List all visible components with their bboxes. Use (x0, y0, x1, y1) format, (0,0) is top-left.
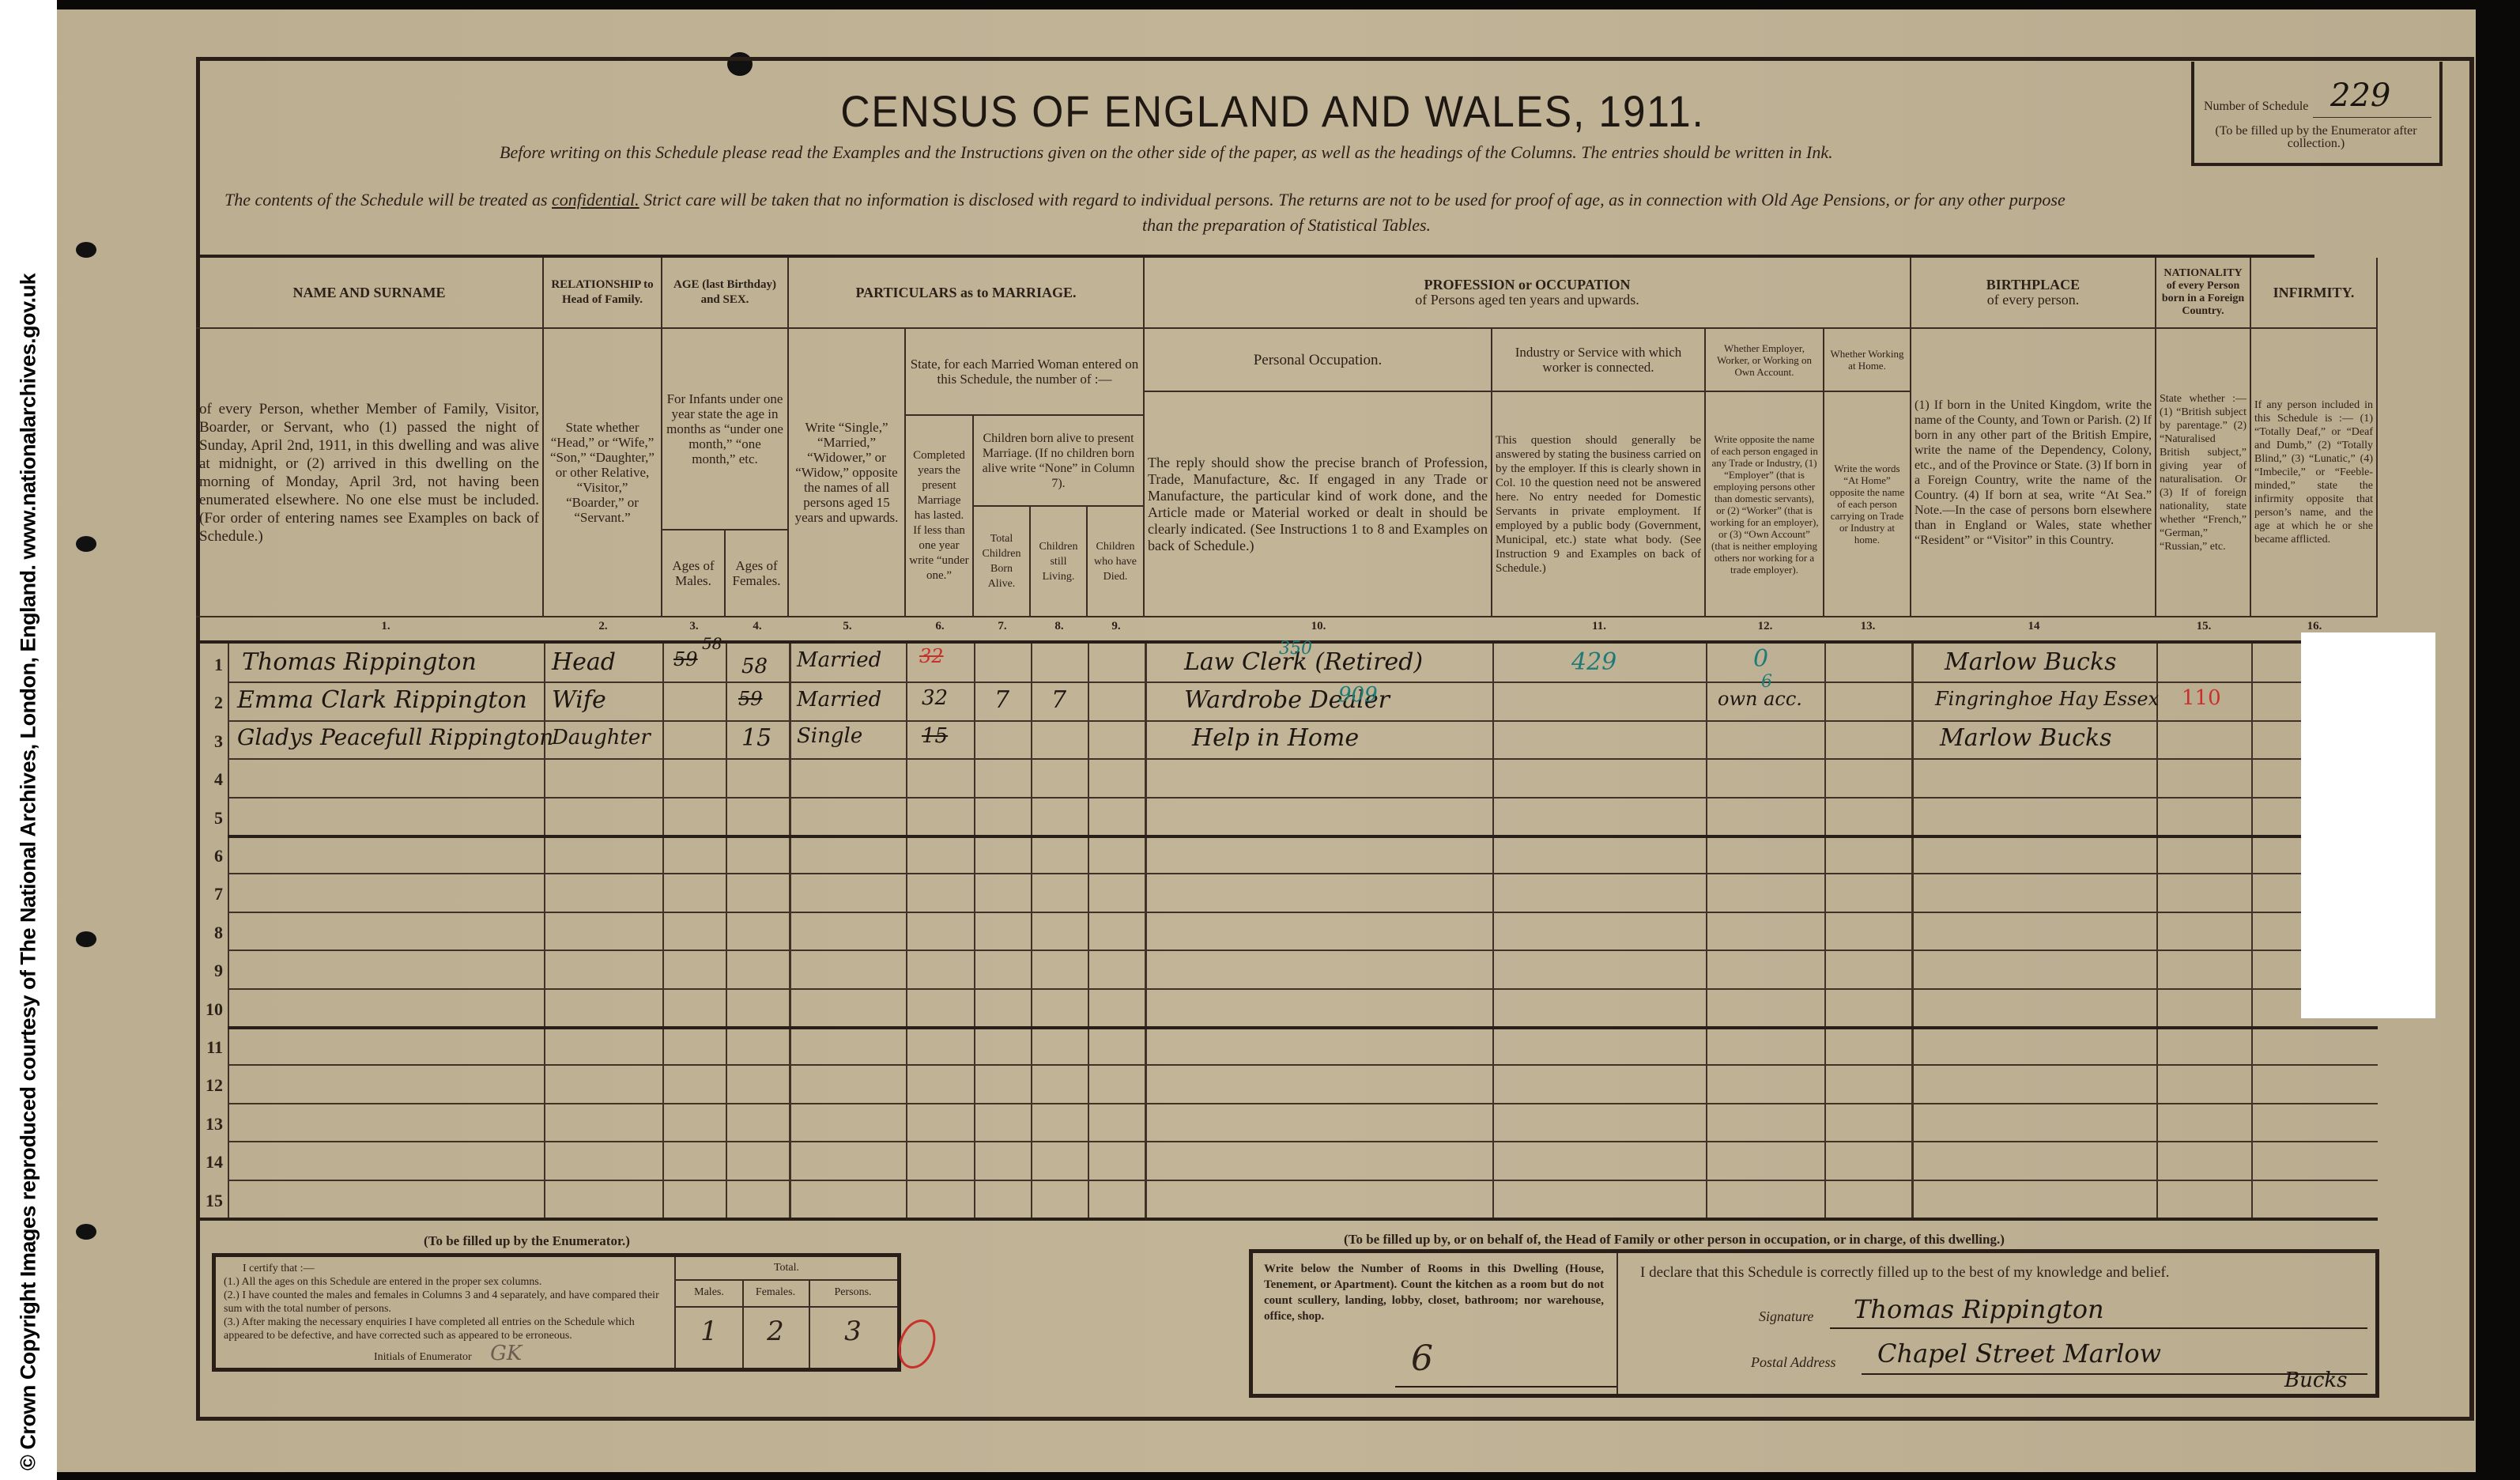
header-home: Whether Working at Home. (1824, 329, 1911, 392)
colnum-7: 7. (974, 620, 1031, 639)
colnum-15: 15. (2156, 620, 2251, 639)
col-divider (1088, 644, 1089, 1218)
colnum-12: 12. (1706, 620, 1824, 639)
row-number: 8 (199, 923, 223, 943)
col-divider (726, 644, 727, 1218)
row-number: 10 (199, 999, 223, 1020)
row2-employer-code: 6 (1761, 672, 1772, 692)
punch-hole (76, 242, 96, 258)
persons-label: Persons. (809, 1279, 897, 1308)
schedule-number-label: Number of Schedule (2204, 100, 2308, 114)
row-number: 14 (199, 1152, 223, 1172)
header-age: AGE (last Birthday) and SEX. (662, 258, 789, 329)
desc-children: Children born alive to present Marriage.… (974, 416, 1145, 507)
row3-occupation: Help in Home (1192, 724, 1359, 752)
desc-nationality: State whether :— (1) “British subject by… (2156, 329, 2251, 617)
confidential-line: The contents of the Schedule will be tre… (224, 190, 2065, 210)
persons-value: 3 (809, 1308, 897, 1347)
col-divider (974, 644, 975, 1218)
row-line (228, 1064, 2378, 1066)
row-number: 5 (199, 808, 223, 829)
row3-relationship: Daughter (552, 726, 651, 749)
desc-condition: Write “Single,” “Married,” “Widower,” or… (789, 329, 906, 617)
colnum-10: 10. (1145, 620, 1492, 639)
row1-occupation-code: 350 (1279, 639, 1312, 659)
punch-hole (76, 931, 96, 947)
birthplace-subtitle: of every person. (1915, 293, 2152, 308)
row3-name: Gladys Peacefull Rippington (237, 724, 553, 750)
punch-hole (76, 536, 96, 552)
table-body: 1 2 3 4 5 6 7 8 9 10 11 12 13 14 15 Thom… (196, 640, 2378, 1221)
desc-birthplace: (1) If born in the United Kingdom, write… (1911, 329, 2156, 617)
total-males: Males. 1 (676, 1279, 744, 1368)
desc-employer: Write opposite the name of each person e… (1706, 392, 1824, 617)
row-number: 4 (199, 769, 223, 790)
address-label: Postal Address (1751, 1354, 1836, 1371)
row-line (228, 912, 2378, 913)
header-industry: Industry or Service with which worker is… (1492, 329, 1706, 392)
row1-name: Thomas Rippington (242, 648, 477, 676)
household-box: Write below the Number of Rooms in this … (1249, 1249, 2379, 1398)
confidential-word: confidential. (552, 190, 639, 210)
row2-birthplace: Fingringhoe Hay Essex (1935, 688, 2159, 710)
rooms-value: 6 (1411, 1338, 1433, 1379)
initials-value: GK (490, 1342, 522, 1365)
birthplace-title: BIRTHPLACE (1915, 277, 2152, 293)
schedule-number-line (2313, 117, 2431, 118)
desc-age-females: Ages of Females. (726, 530, 789, 617)
col-divider (1492, 644, 1494, 1218)
initials-row: Initials of Enumerator GK (224, 1347, 666, 1364)
rooms-instruction: Write below the Number of Rooms in this … (1264, 1261, 1604, 1324)
header-marriage: PARTICULARS as to MARRIAGE. (789, 258, 1145, 329)
desc-years-married: Completed years the present Marriage has… (906, 416, 974, 617)
schedule-number-box: Number of Schedule 229 (To be filled up … (2191, 62, 2443, 166)
col-divider (1911, 644, 1914, 1218)
row3-birthplace: Marlow Bucks (1940, 724, 2112, 752)
row-line (228, 835, 2378, 838)
signature-value: Thomas Rippington (1854, 1294, 2104, 1324)
row-line (228, 1141, 2378, 1142)
enumerator-certification: I certify that :— (1.) All the ages on t… (224, 1262, 666, 1364)
col-divider (1706, 644, 1707, 1218)
desc-married-woman: State, for each Married Woman entered on… (906, 329, 1145, 416)
certify-label: I certify that :— (224, 1262, 666, 1275)
colnum-9: 9. (1088, 620, 1145, 639)
row1-age-male: 58 (702, 634, 722, 653)
row-number: 12 (199, 1075, 223, 1096)
desc-relationship: State whether “Head,” or “Wife,” “Son,” … (544, 329, 662, 617)
header-home-blank (1824, 258, 1911, 329)
col-divider (2156, 644, 2158, 1218)
certify-item: (1.) All the ages on this Schedule are e… (224, 1275, 666, 1289)
females-value: 2 (742, 1308, 809, 1347)
confidential-line-2: than the preparation of Statistical Tabl… (1142, 215, 1431, 236)
header-employer: Whether Employer, Worker, or Working on … (1706, 329, 1824, 392)
desc-age: For Infants under one year state the age… (662, 329, 789, 530)
enumerator-box: I certify that :— (1.) All the ages on t… (212, 1253, 901, 1372)
address-value: Chapel Street Marlow (1877, 1338, 2161, 1369)
header-name: NAME AND SURNAME (196, 258, 544, 329)
desc-age-males: Ages of Males. (662, 530, 726, 617)
row2-nationality-code: 110 (2182, 686, 2221, 710)
header-relationship: RELATIONSHIP to Head of Family. (544, 258, 662, 329)
row-line (228, 758, 2378, 760)
row-line (228, 797, 2378, 799)
females-label: Females. (742, 1279, 809, 1308)
colnum-14: 14 (1911, 620, 2156, 639)
header-personal-occupation: Personal Occupation. (1145, 329, 1492, 392)
row1-age-struck: 59 (673, 648, 698, 670)
desc-children-total: Total Children Born Alive. (974, 507, 1031, 617)
row-number: 1 (199, 655, 223, 675)
row-line (228, 1103, 2378, 1104)
col-divider (1824, 644, 1826, 1218)
row1-industry-code: 429 (1571, 648, 1616, 676)
row-number: 13 (199, 1114, 223, 1135)
totals: Total. Males. 1 Females. 2 Persons. 3 (674, 1257, 897, 1368)
row-number: 9 (199, 961, 223, 981)
redacted-area (2301, 632, 2435, 1018)
header-nationality: NATIONALITY of every Person born in a Fo… (2156, 258, 2251, 329)
census-table: NAME AND SURNAME RELATIONSHIP to Head of… (196, 255, 2314, 1214)
desc-children-died: Children who have Died. (1088, 507, 1145, 617)
address-line2-value: Bucks (2284, 1369, 2348, 1392)
desc-name: of every Person, whether Member of Famil… (196, 329, 544, 617)
row1-condition: Married (797, 648, 881, 672)
colnum-6: 6. (906, 620, 974, 639)
desc-infirmity: If any person included in this Schedule … (2251, 329, 2378, 617)
row-line (228, 988, 2378, 990)
occupation-subtitle: of Persons aged ten years and upwards. (1148, 293, 1907, 308)
row2-age-female: 59 (738, 688, 763, 710)
row-line (228, 950, 2378, 951)
schedule-number-note: (To be filled up by the Enumerator after… (2197, 125, 2435, 150)
colnum-8: 8. (1031, 620, 1088, 639)
desc-children-living: Children still Living. (1031, 507, 1088, 617)
certify-item: (3.) After making the necessary enquirie… (224, 1316, 666, 1342)
row-line (228, 873, 2378, 874)
desc-personal-occupation: The reply should show the precise branch… (1145, 392, 1492, 617)
desc-home: Write the words “At Home” opposite the n… (1824, 392, 1911, 617)
header-occupation: PROFESSION or OCCUPATION of Persons aged… (1145, 258, 1911, 329)
row-number: 15 (199, 1191, 223, 1211)
initials-label: Initials of Enumerator (374, 1351, 472, 1363)
row1-birthplace: Marlow Bucks (1945, 648, 2117, 676)
header-birthplace: BIRTHPLACE of every person. (1911, 258, 2156, 329)
signature-label: Signature (1759, 1308, 1813, 1325)
row1-age-female-note: 58 (741, 655, 768, 678)
row2-condition: Married (797, 688, 881, 712)
copyright-text: © Crown Copyright Images reproduced cour… (17, 274, 41, 1471)
copyright-strip: © Crown Copyright Images reproduced cour… (0, 0, 57, 1480)
col-divider (789, 644, 791, 1218)
row-number: 11 (199, 1037, 223, 1058)
instruction-line: Before writing on this Schedule please r… (500, 142, 1833, 163)
col-divider (1031, 644, 1032, 1218)
declaration-text: I declare that this Schedule is correctl… (1640, 1264, 2170, 1282)
header-infirmity: INFIRMITY. (2251, 258, 2378, 329)
row3-age-female: 15 (741, 724, 771, 752)
signature-line (1830, 1327, 2367, 1329)
row-line (228, 1026, 2378, 1029)
col-divider (906, 644, 907, 1218)
schedule-number-value: 229 (2330, 77, 2390, 114)
row2-name: Emma Clark Rippington (237, 686, 527, 714)
row-number: 6 (199, 846, 223, 866)
row-number: 3 (199, 731, 223, 752)
row2-employer: own acc. (1718, 688, 1802, 710)
form-title: CENSUS OF ENGLAND AND WALES, 1911. (836, 85, 1709, 137)
row3-years-struck: 15 (922, 724, 948, 748)
occupation-title: PROFESSION or OCCUPATION (1148, 277, 1907, 293)
desc-industry: This question should generally be answer… (1492, 392, 1706, 617)
row-line (228, 681, 2378, 683)
household-heading: (To be filled up by, or on behalf of, th… (1344, 1232, 2005, 1248)
row2-children-living: 7 (1051, 686, 1066, 714)
colnum-4: 4. (726, 620, 789, 639)
row3-condition: Single (797, 724, 862, 748)
row-number: 2 (199, 693, 223, 713)
row-line (228, 720, 2378, 722)
row1-relationship: Head (552, 648, 616, 676)
colnum-5: 5. (789, 620, 906, 639)
rooms-section: Write below the Number of Rooms in this … (1253, 1253, 1618, 1394)
row-line (228, 1180, 2378, 1181)
total-females: Females. 2 (742, 1279, 810, 1368)
row1-years-married: 32 (919, 645, 944, 667)
males-value: 1 (676, 1308, 742, 1347)
males-label: Males. (676, 1279, 742, 1308)
totals-heading: Total. (676, 1257, 897, 1281)
col-divider (662, 644, 664, 1218)
col-divider (2251, 644, 2253, 1218)
row1-employer-code: 0 (1753, 645, 1768, 673)
total-persons: Persons. 3 (809, 1279, 897, 1368)
rooms-underline (1395, 1386, 1616, 1387)
row2-years-married: 32 (922, 686, 948, 710)
colnum-1: 1. (228, 620, 544, 639)
row2-relationship: Wife (552, 686, 606, 714)
col-divider (1145, 644, 1147, 1218)
certify-item: (2.) I have counted the males and female… (224, 1289, 666, 1316)
enumerator-heading: (To be filled up by the Enumerator.) (424, 1233, 630, 1249)
colnum-11: 11. (1492, 620, 1706, 639)
row-number: 7 (199, 884, 223, 904)
col-divider (228, 644, 229, 1218)
colnum-13: 13. (1824, 620, 1911, 639)
row2-children-total: 7 (994, 686, 1009, 714)
punch-hole (76, 1224, 96, 1240)
colnum-2: 2. (544, 620, 662, 639)
row2-occupation-code: 909 (1338, 683, 1378, 707)
